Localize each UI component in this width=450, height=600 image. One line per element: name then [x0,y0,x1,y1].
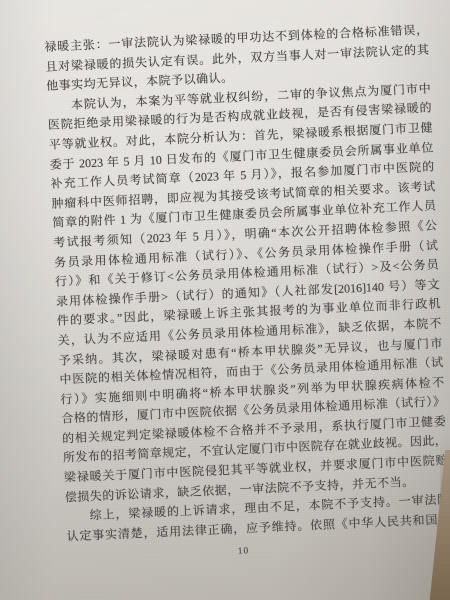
text-lines-container: 禄暖主张：一审法院认为梁禄暖的甲功达不到体检的合格标准错误，且对梁禄暖的损失认定… [44,21,450,547]
document-photo: 禄暖主张：一审法院认为梁禄暖的甲功达不到体检的合格标准错误，且对梁禄暖的损失认定… [0,0,450,600]
judgment-text-block: 禄暖主张：一审法院认为梁禄暖的甲功达不到体检的合格标准错误，且对梁禄暖的损失认定… [44,21,450,565]
